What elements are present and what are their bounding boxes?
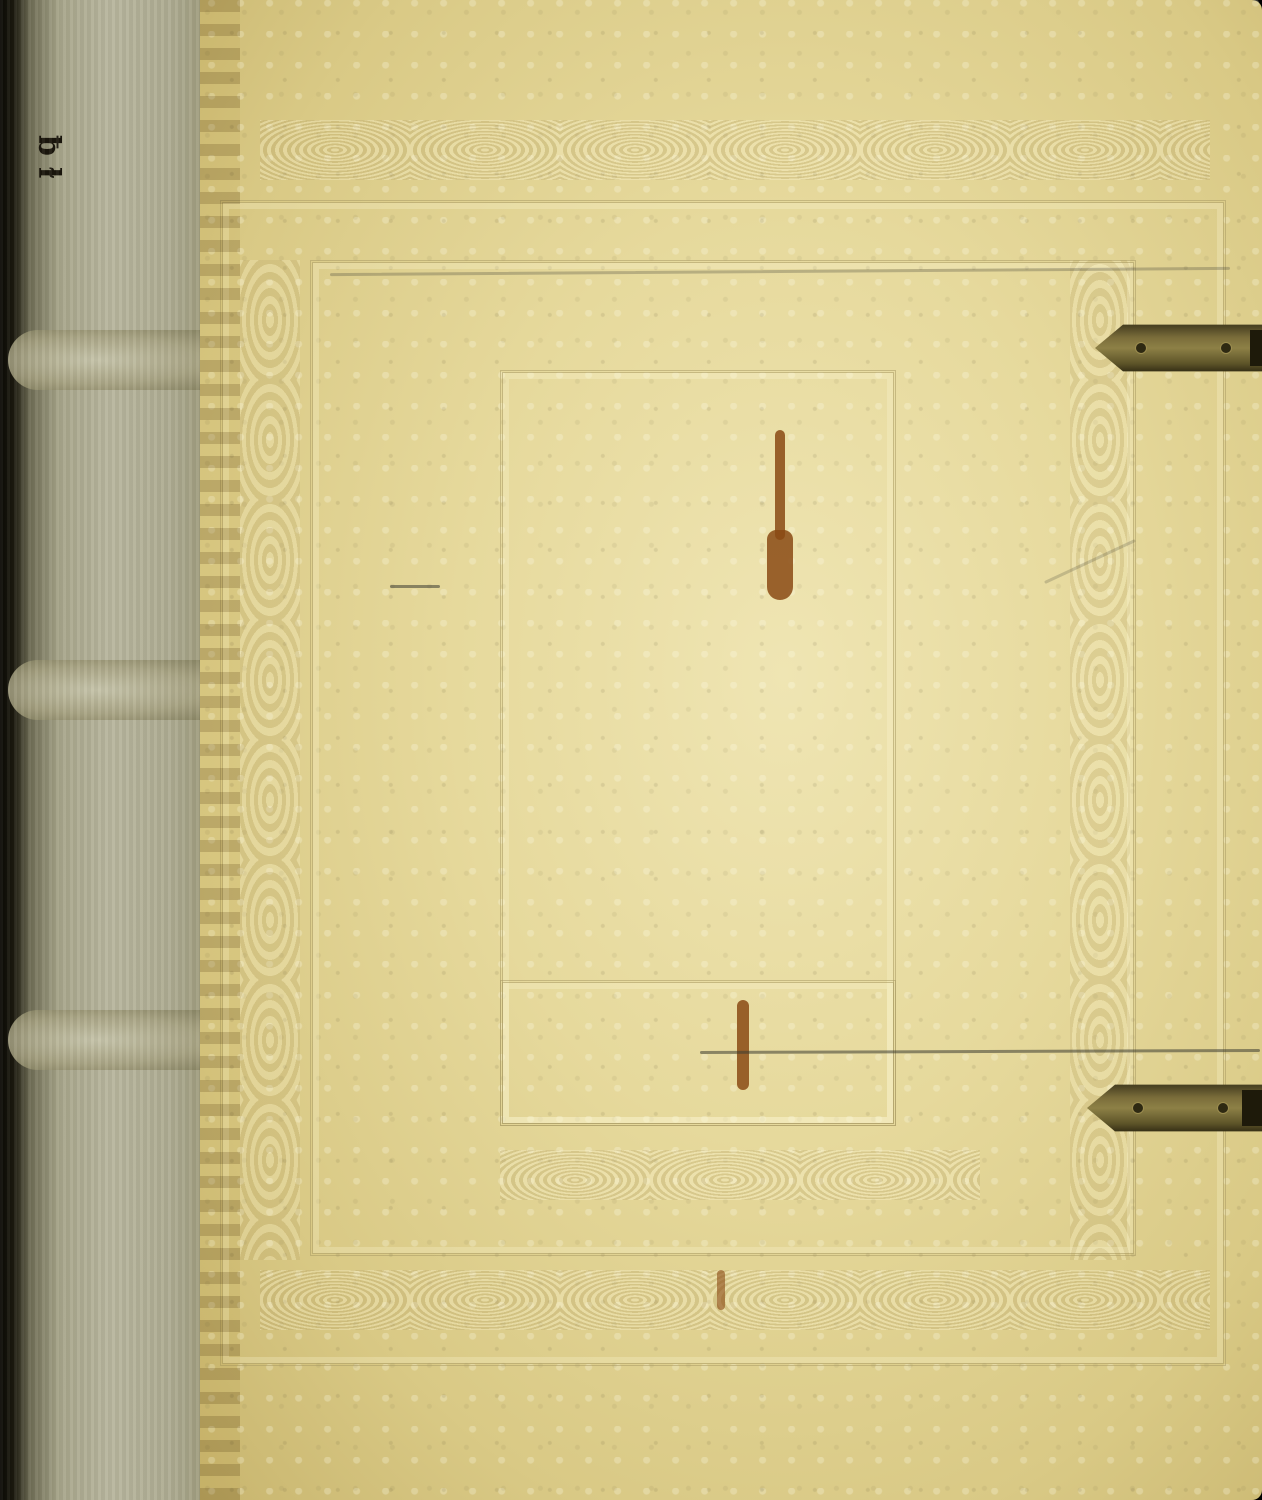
clasp-rivet xyxy=(1217,1102,1229,1114)
surface-scratch xyxy=(390,585,440,588)
clasp-rivet xyxy=(1132,1102,1144,1114)
spine-raised-band xyxy=(8,660,230,720)
front-cover xyxy=(200,0,1262,1500)
stain-drip xyxy=(775,430,785,540)
spine-handwritten-marks: ƀ ɫ xyxy=(38,135,68,255)
stain-drip xyxy=(737,1000,749,1090)
decorative-roll-border-top xyxy=(260,120,1210,180)
clasp-rivet xyxy=(1135,342,1147,354)
book-photo: ƀ ɫ xyxy=(0,0,1262,1500)
book-spine: ƀ ɫ xyxy=(0,0,230,1500)
stain-drip-blob xyxy=(767,530,793,600)
spine-raised-band xyxy=(8,330,230,390)
brass-clasp-upper xyxy=(1095,322,1262,374)
stain-drip-small xyxy=(717,1270,725,1310)
brass-clasp-lower xyxy=(1087,1082,1262,1134)
clasp-rivet xyxy=(1220,342,1232,354)
spine-raised-band xyxy=(8,1010,230,1070)
